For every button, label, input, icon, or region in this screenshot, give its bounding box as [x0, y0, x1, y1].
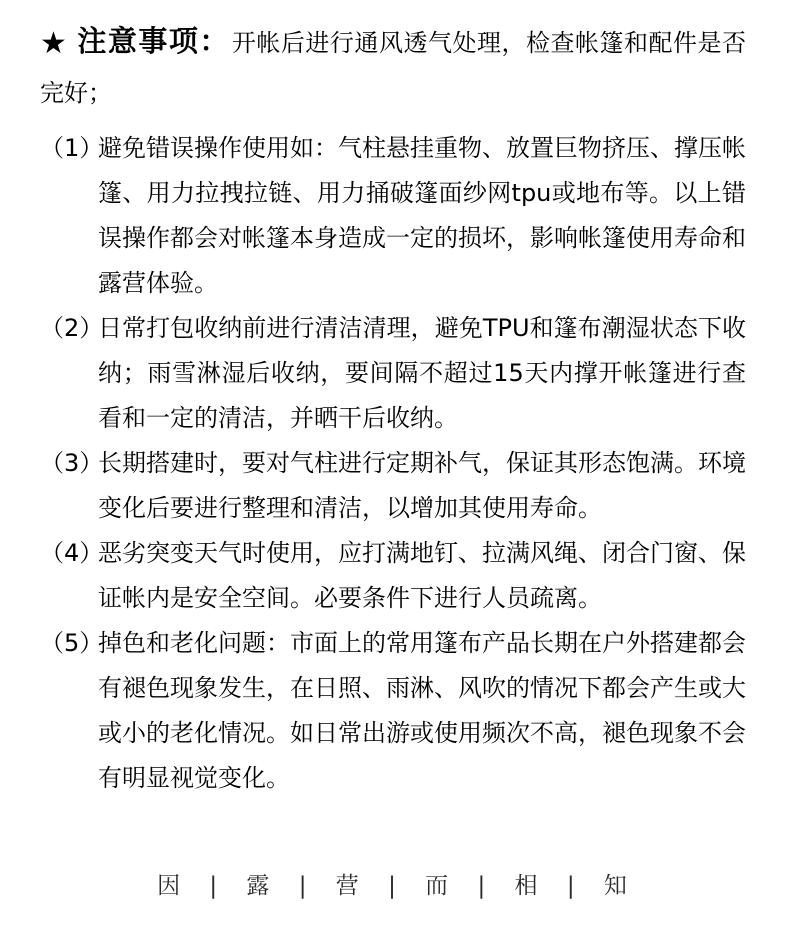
item-text: 长期搭建时，要对气柱进行定期补气，保证其形态饱满。环境变化后要进行整理和清洁，以…: [98, 441, 746, 531]
footer-slogan: 因 | 露 | 营 | 而 | 相 | 知: [40, 867, 746, 900]
item-number: （3）: [40, 441, 98, 531]
list-item: （2） 日常打包收纳前进行清洁清理，避免TPU和篷布潮湿状态下收纳；雨雪淋湿后收…: [40, 306, 746, 441]
page-title: 注意事项：: [77, 24, 230, 58]
item-number: （5）: [40, 621, 98, 801]
list-item: （1） 避免错误操作使用如：气柱悬挂重物、放置巨物挤压、撑压帐篷、用力拉拽拉链、…: [40, 126, 746, 306]
list-item: （3） 长期搭建时，要对气柱进行定期补气，保证其形态饱满。环境变化后要进行整理和…: [40, 441, 746, 531]
item-text: 掉色和老化问题：市面上的常用篷布产品长期在户外搭建都会有褪色现象发生，在日照、雨…: [98, 621, 746, 801]
item-text: 恶劣突变天气时使用，应打满地钉、拉满风绳、闭合门窗、保证帐内是安全空间。必要条件…: [98, 531, 746, 621]
list-item: （5） 掉色和老化问题：市面上的常用篷布产品长期在户外搭建都会有褪色现象发生，在…: [40, 621, 746, 801]
header: ★注意事项：开帐后进行通风透气处理，检查帐篷和配件是否完好；: [40, 16, 746, 118]
precautions-document: ★注意事项：开帐后进行通风透气处理，检查帐篷和配件是否完好； （1） 避免错误操…: [0, 0, 790, 946]
list-item: （4） 恶劣突变天气时使用，应打满地钉、拉满风绳、闭合门窗、保证帐内是安全空间。…: [40, 531, 746, 621]
item-number: （2）: [40, 306, 98, 441]
item-number: （1）: [40, 126, 98, 306]
item-number: （4）: [40, 531, 98, 621]
star-icon: ★: [40, 26, 67, 61]
item-text: 避免错误操作使用如：气柱悬挂重物、放置巨物挤压、撑压帐篷、用力拉拽拉链、用力捅破…: [98, 126, 746, 306]
item-text: 日常打包收纳前进行清洁清理，避免TPU和篷布潮湿状态下收纳；雨雪淋湿后收纳，要间…: [98, 306, 746, 441]
